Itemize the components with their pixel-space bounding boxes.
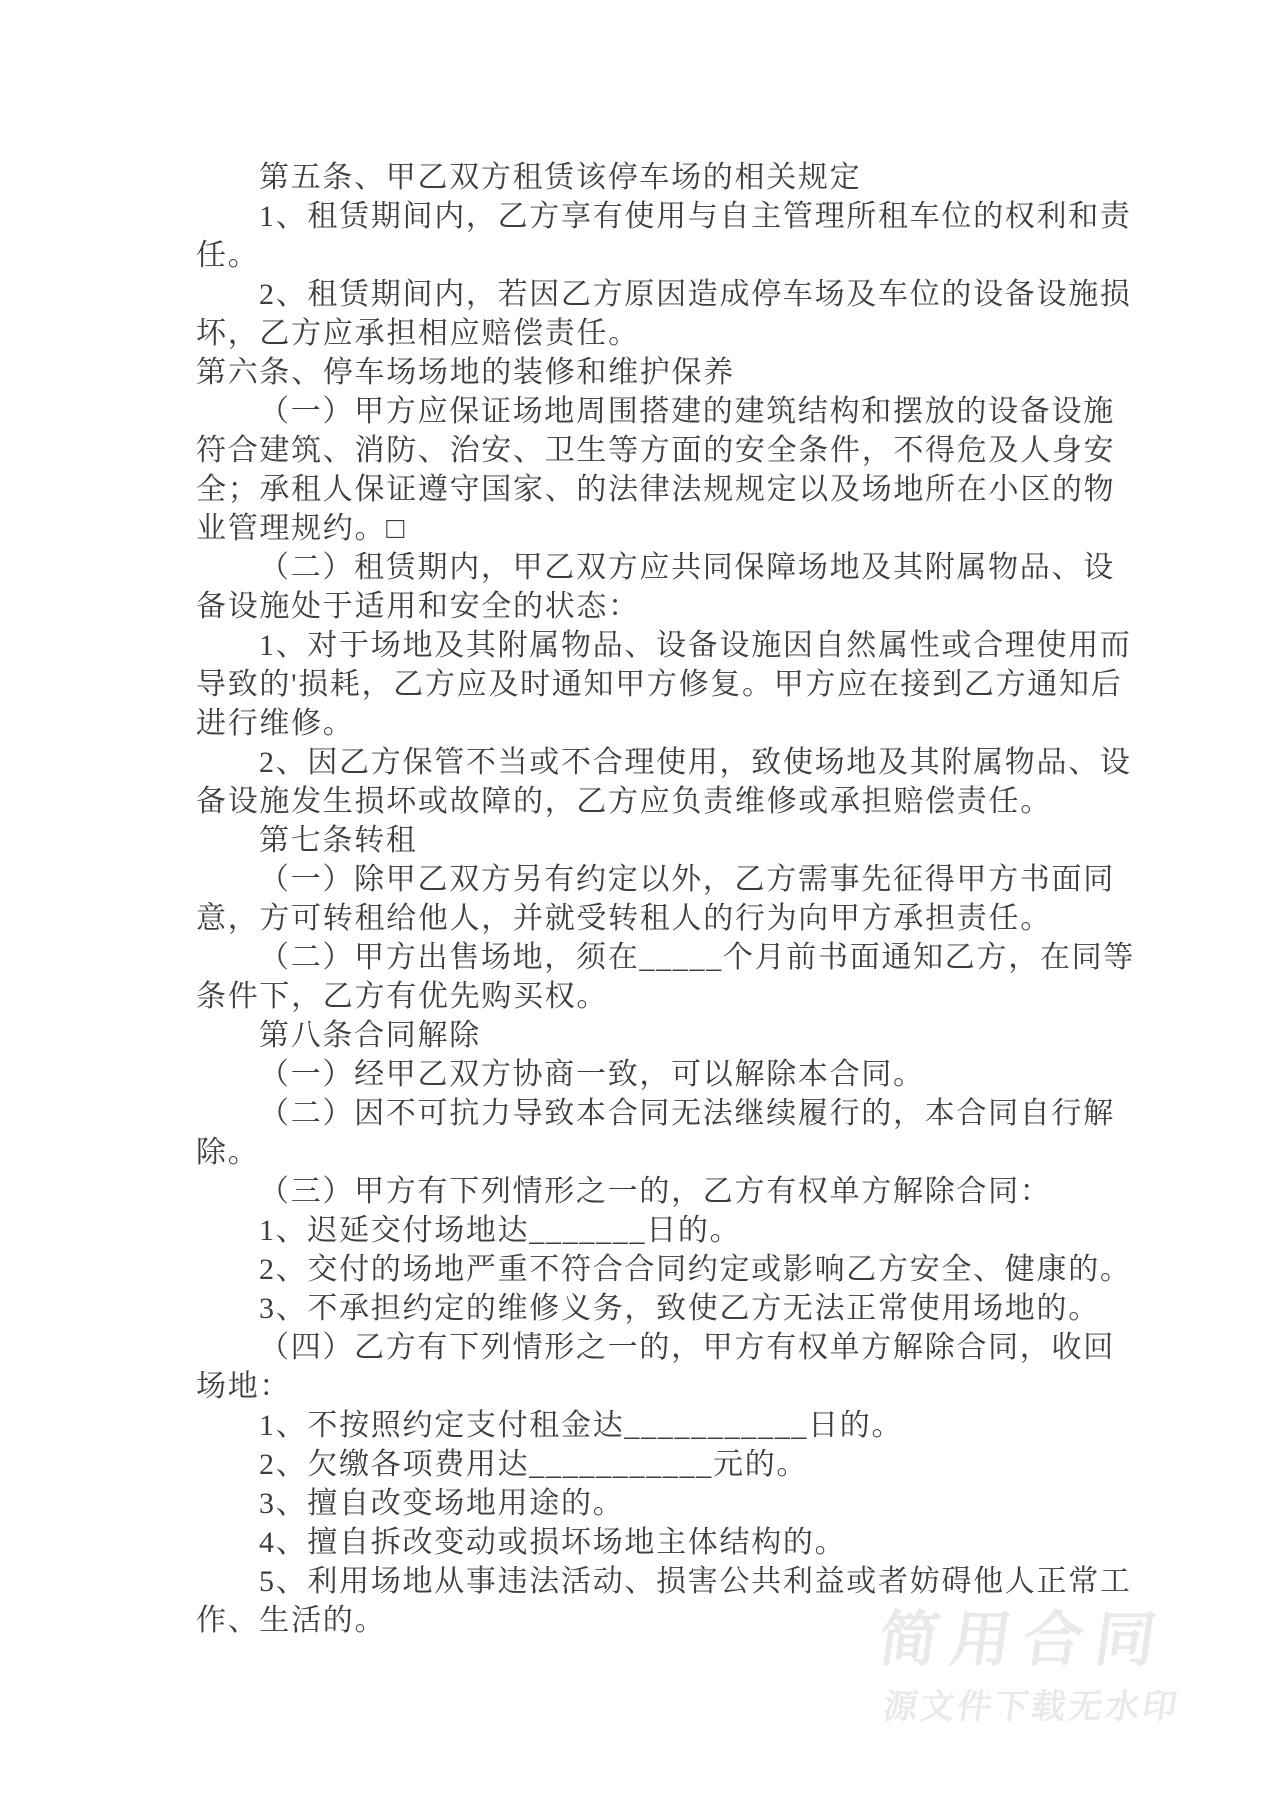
text-line: 符合建筑、消防、治安、卫生等方面的安全条件，不得危及人身安 bbox=[196, 431, 1156, 470]
text-line: 导致的'损耗，乙方应及时通知甲方修复。甲方应在接到乙方通知后 bbox=[196, 665, 1156, 704]
text-line: 全；承租人保证遵守国家、的法律法规规定以及场地所在小区的物 bbox=[196, 470, 1156, 509]
text-line: 1、迟延交付场地达_______日的。 bbox=[196, 1211, 1156, 1250]
text-line: 2、欠缴各项费用达___________元的。 bbox=[196, 1445, 1156, 1484]
text-line: 意，方可转租给他人，并就受转租人的行为向甲方承担责任。 bbox=[196, 899, 1156, 938]
text-line: 第五条、甲乙双方租赁该停车场的相关规定 bbox=[196, 158, 1156, 197]
text-line: （四）乙方有下列情形之一的，甲方有权单方解除合同，收回 bbox=[196, 1328, 1156, 1367]
text-line: 4、擅自拆改变动或损坏场地主体结构的。 bbox=[196, 1523, 1156, 1562]
text-line: 场地： bbox=[196, 1367, 1156, 1406]
text-line: 1、租赁期间内，乙方享有使用与自主管理所租车位的权利和责 bbox=[196, 197, 1156, 236]
text-line: （二）因不可抗力导致本合同无法继续履行的，本合同自行解 bbox=[196, 1094, 1156, 1133]
text-line: 进行维修。 bbox=[196, 704, 1156, 743]
contract-document-page: 第五条、甲乙双方租赁该停车场的相关规定1、租赁期间内，乙方享有使用与自主管理所租… bbox=[0, 0, 1280, 1810]
text-line: 除。 bbox=[196, 1133, 1156, 1172]
text-line: 备设施发生损坏或故障的，乙方应负责维修或承担赔偿责任。 bbox=[196, 782, 1156, 821]
text-line: 第八条合同解除 bbox=[196, 1016, 1156, 1055]
text-line: 备设施处于适用和安全的状态： bbox=[196, 587, 1156, 626]
watermark-brand: 简用合同 bbox=[874, 1592, 1174, 1678]
text-line: 坏，乙方应承担相应赔偿责任。 bbox=[196, 314, 1156, 353]
text-line: （一）除甲乙双方另有约定以外，乙方需事先征得甲方书面同 bbox=[196, 860, 1156, 899]
text-line: 条件下，乙方有优先购买权。 bbox=[196, 977, 1156, 1016]
text-line: （二）甲方出售场地，须在_____个月前书面通知乙方，在同等 bbox=[196, 938, 1156, 977]
text-line: （一）经甲乙双方协商一致，可以解除本合同。 bbox=[196, 1055, 1156, 1094]
text-line: 1、不按照约定支付租金达___________日的。 bbox=[196, 1406, 1156, 1445]
watermark-tagline: 源文件下载无水印 bbox=[881, 1679, 1184, 1728]
text-line: 第六条、停车场场地的装修和维护保养 bbox=[196, 353, 1156, 392]
text-line: 3、擅自改变场地用途的。 bbox=[196, 1484, 1156, 1523]
document-body: 第五条、甲乙双方租赁该停车场的相关规定1、租赁期间内，乙方享有使用与自主管理所租… bbox=[196, 158, 1156, 1640]
text-line: 2、因乙方保管不当或不合理使用，致使场地及其附属物品、设 bbox=[196, 743, 1156, 782]
text-line: （三）甲方有下列情形之一的，乙方有权单方解除合同： bbox=[196, 1172, 1156, 1211]
text-line: 任。 bbox=[196, 236, 1156, 275]
text-line: 第七条转租 bbox=[196, 821, 1156, 860]
text-line: 2、租赁期间内，若因乙方原因造成停车场及车位的设备设施损 bbox=[196, 275, 1156, 314]
text-line: 3、不承担约定的维修义务，致使乙方无法正常使用场地的。 bbox=[196, 1289, 1156, 1328]
text-line: 1、对于场地及其附属物品、设备设施因自然属性或合理使用而 bbox=[196, 626, 1156, 665]
text-line: 业管理规约。□ bbox=[196, 509, 1156, 548]
text-line: 2、交付的场地严重不符合合同约定或影响乙方安全、健康的。 bbox=[196, 1250, 1156, 1289]
text-line: （一）甲方应保证场地周围搭建的建筑结构和摆放的设备设施 bbox=[196, 392, 1156, 431]
text-line: （二）租赁期内，甲乙双方应共同保障场地及其附属物品、设 bbox=[196, 548, 1156, 587]
